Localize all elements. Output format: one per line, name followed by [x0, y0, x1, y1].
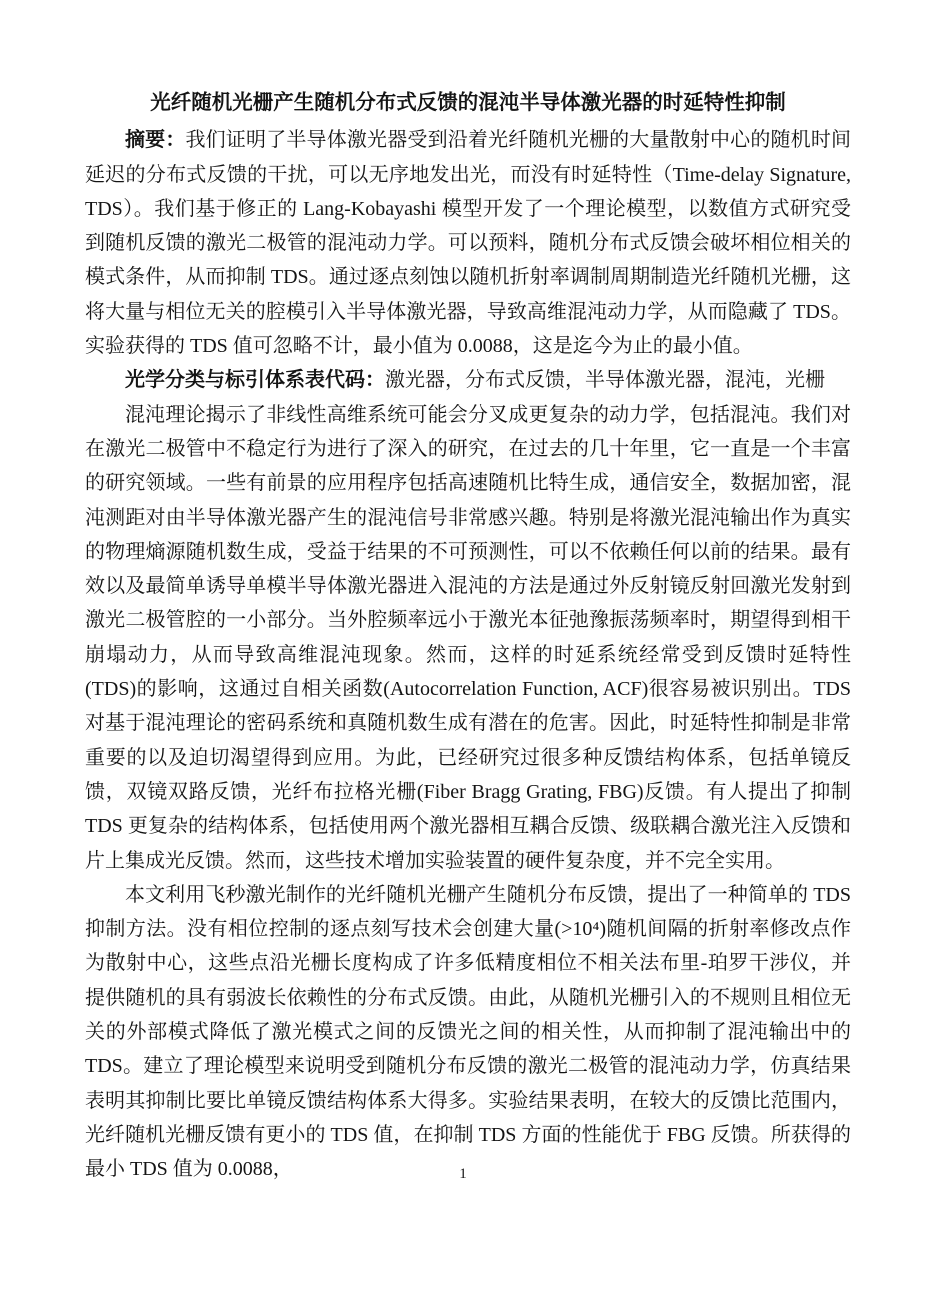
- paper-title: 光纤随机光栅产生随机分布式反馈的混沌半导体激光器的时延特性抑制: [85, 86, 851, 120]
- ocis-codes-text: 激光器，分布式反馈，半导体激光器，混沌，光栅: [385, 369, 825, 391]
- document-body: 光纤随机光栅产生随机分布式反馈的混沌半导体激光器的时延特性抑制 摘要：我们证明了…: [85, 86, 851, 1187]
- ocis-codes-paragraph: 光学分类与标引体系表代码：激光器，分布式反馈，半导体激光器，混沌，光栅: [85, 363, 851, 397]
- ocis-codes-label: 光学分类与标引体系表代码：: [125, 369, 385, 391]
- abstract-paragraph: 摘要：我们证明了半导体激光器受到沿着光纤随机光栅的大量散射中心的随机时间延迟的分…: [85, 123, 851, 363]
- document-page: 光纤随机光栅产生随机分布式反馈的混沌半导体激光器的时延特性抑制 摘要：我们证明了…: [0, 0, 926, 1309]
- introduction-paragraph: 混沌理论揭示了非线性高维系统可能会分叉成更复杂的动力学，包括混沌。我们对在激光二…: [85, 398, 851, 878]
- abstract-text: 我们证明了半导体激光器受到沿着光纤随机光栅的大量散射中心的随机时间延迟的分布式反…: [85, 129, 851, 357]
- abstract-label: 摘要：: [125, 129, 186, 151]
- page-number: 1: [0, 1164, 926, 1184]
- method-summary-paragraph: 本文利用飞秒激光制作的光纤随机光栅产生随机分布反馈，提出了一种简单的 TDS 抑…: [85, 878, 851, 1187]
